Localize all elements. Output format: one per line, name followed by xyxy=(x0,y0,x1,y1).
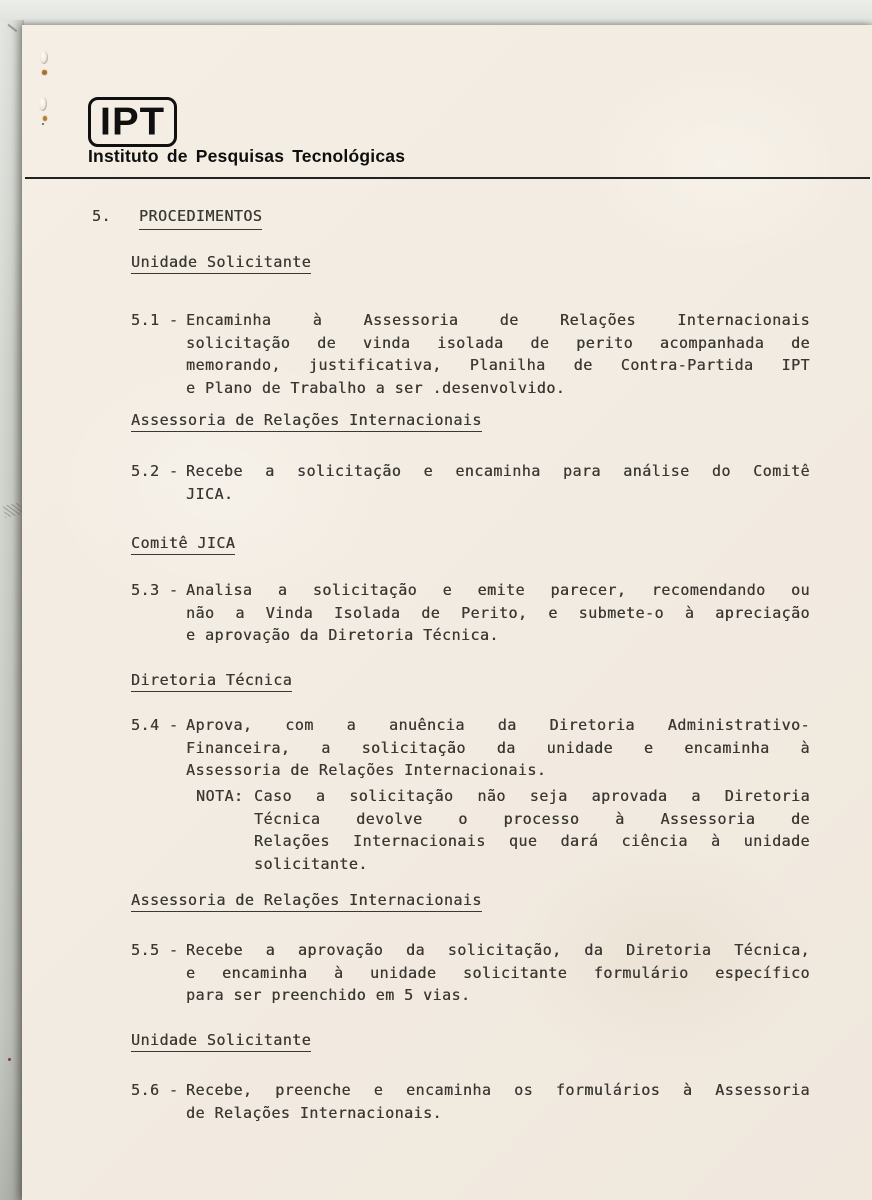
section-title: PROCEDIMENTOS xyxy=(139,205,262,230)
item-text-line: Aprova, com a anuência da Diretoria Admi… xyxy=(186,714,810,737)
ink-speck xyxy=(8,1058,11,1061)
item-number: 5.4 - xyxy=(131,714,178,737)
item-text-line: e aprovação da Diretoria Técnica. xyxy=(186,624,810,647)
subsection-heading: Unidade Solicitante xyxy=(131,1029,311,1052)
scanned-page-viewport: { "colors":{"paper":"#f2ebe1","ink":"#3b… xyxy=(0,0,872,1200)
note-text-line: Caso a solicitação não seja aprovada a D… xyxy=(254,785,810,808)
item-text-line: Assessoria de Relações Internacionais. xyxy=(186,759,810,782)
procedure-item: 5.6 - Recebe, preenche e encaminha os fo… xyxy=(22,1079,872,1124)
subsection-heading-text: Unidade Solicitante xyxy=(131,1031,311,1052)
item-text-line: Analisa a solicitação e emite parecer, r… xyxy=(186,579,810,602)
item-text-line: Recebe a solicitação e encaminha para an… xyxy=(186,460,810,483)
procedure-item: 5.4 - Aprova, com a anuência da Diretori… xyxy=(22,714,872,782)
item-text-line: de Relações Internacionais. xyxy=(186,1102,810,1125)
letterhead-divider xyxy=(25,177,870,179)
item-text-line: Recebe, preenche e encaminha os formulár… xyxy=(186,1079,810,1102)
section-number: 5. xyxy=(92,205,111,228)
item-text-line: Financeira, a solicitação da unidade e e… xyxy=(186,737,810,760)
ipt-logo: IPT xyxy=(88,97,177,147)
subsection-heading-text: Assessoria de Relações Internacionais xyxy=(131,891,482,912)
item-text-line: Encaminha à Assessoria de Relações Inter… xyxy=(186,309,810,332)
subsection-heading-text: Assessoria de Relações Internacionais xyxy=(131,411,482,432)
paper-speck xyxy=(42,123,44,125)
procedure-item: 5.1 - Encaminha à Assessoria de Relações… xyxy=(22,309,872,400)
item-text: Analisa a solicitação e emite parecer, r… xyxy=(186,579,810,647)
subsection-heading: Assessoria de Relações Internacionais xyxy=(131,889,482,912)
rust-dot xyxy=(42,70,47,75)
item-text-line: para ser preenchido em 5 vias. xyxy=(186,984,810,1007)
item-number: 5.1 - xyxy=(131,309,178,332)
document-page: IPT Instituto de Pesquisas Tecnológicas … xyxy=(22,25,872,1200)
item-number: 5.5 - xyxy=(131,939,178,962)
staple-dent xyxy=(39,97,47,111)
note-text-line: Técnica devolve o processo à Assessoria … xyxy=(254,808,810,831)
item-text-line: e encaminha à unidade solicitante formul… xyxy=(186,962,810,985)
procedure-note: NOTA: Caso a solicitação não seja aprova… xyxy=(22,785,872,876)
item-text: Recebe, preenche e encaminha os formulár… xyxy=(186,1079,810,1124)
item-number: 5.2 - xyxy=(131,460,178,483)
subsection-heading: Comitê JICA xyxy=(131,532,235,555)
scanner-background-left xyxy=(0,20,24,1200)
item-text: Encaminha à Assessoria de Relações Inter… xyxy=(186,309,810,400)
staple-dent xyxy=(40,51,48,64)
ipt-logo-text: IPT xyxy=(100,102,165,141)
subsection-heading-text: Diretoria Técnica xyxy=(131,671,292,692)
item-text: Recebe a solicitação e encaminha para an… xyxy=(186,460,810,505)
item-text-line: memorando, justificativa, Planilha de Co… xyxy=(186,354,810,377)
item-text: Recebe a aprovação da solicitação, da Di… xyxy=(186,939,810,1007)
procedure-item: 5.2 - Recebe a solicitação e encaminha p… xyxy=(22,460,872,505)
note-text: Caso a solicitação não seja aprovada a D… xyxy=(254,785,810,876)
organization-name: Instituto de Pesquisas Tecnológicas xyxy=(88,146,405,166)
item-text-line: Recebe a aprovação da solicitação, da Di… xyxy=(186,939,810,962)
subsection-heading-text: Comitê JICA xyxy=(131,534,235,555)
note-text-line: Relações Internacionais que dará ciência… xyxy=(254,830,810,853)
item-number: 5.3 - xyxy=(131,579,178,602)
item-text: Aprova, com a anuência da Diretoria Admi… xyxy=(186,714,810,782)
subsection-heading: Diretoria Técnica xyxy=(131,669,292,692)
subsection-heading: Assessoria de Relações Internacionais xyxy=(131,409,482,432)
scanner-background-top xyxy=(0,0,872,26)
procedure-item: 5.3 - Analisa a solicitação e emite pare… xyxy=(22,579,872,647)
item-text-line: não a Vinda Isolada de Perito, e submete… xyxy=(186,602,810,625)
item-text-line: e Plano de Trabalho a ser .desenvolvido. xyxy=(186,377,810,400)
item-text-line: JICA. xyxy=(186,483,810,506)
item-number: 5.6 - xyxy=(131,1079,178,1102)
item-text-line: solicitação de vinda isolada de perito a… xyxy=(186,332,810,355)
procedure-item: 5.5 - Recebe a aprovação da solicitação,… xyxy=(22,939,872,1007)
note-text-line: solicitante. xyxy=(254,853,810,876)
subsection-heading-text: Unidade Solicitante xyxy=(131,253,311,274)
subsection-heading: Unidade Solicitante xyxy=(131,251,311,274)
rust-dot xyxy=(43,116,47,121)
note-label: NOTA: xyxy=(196,785,243,808)
